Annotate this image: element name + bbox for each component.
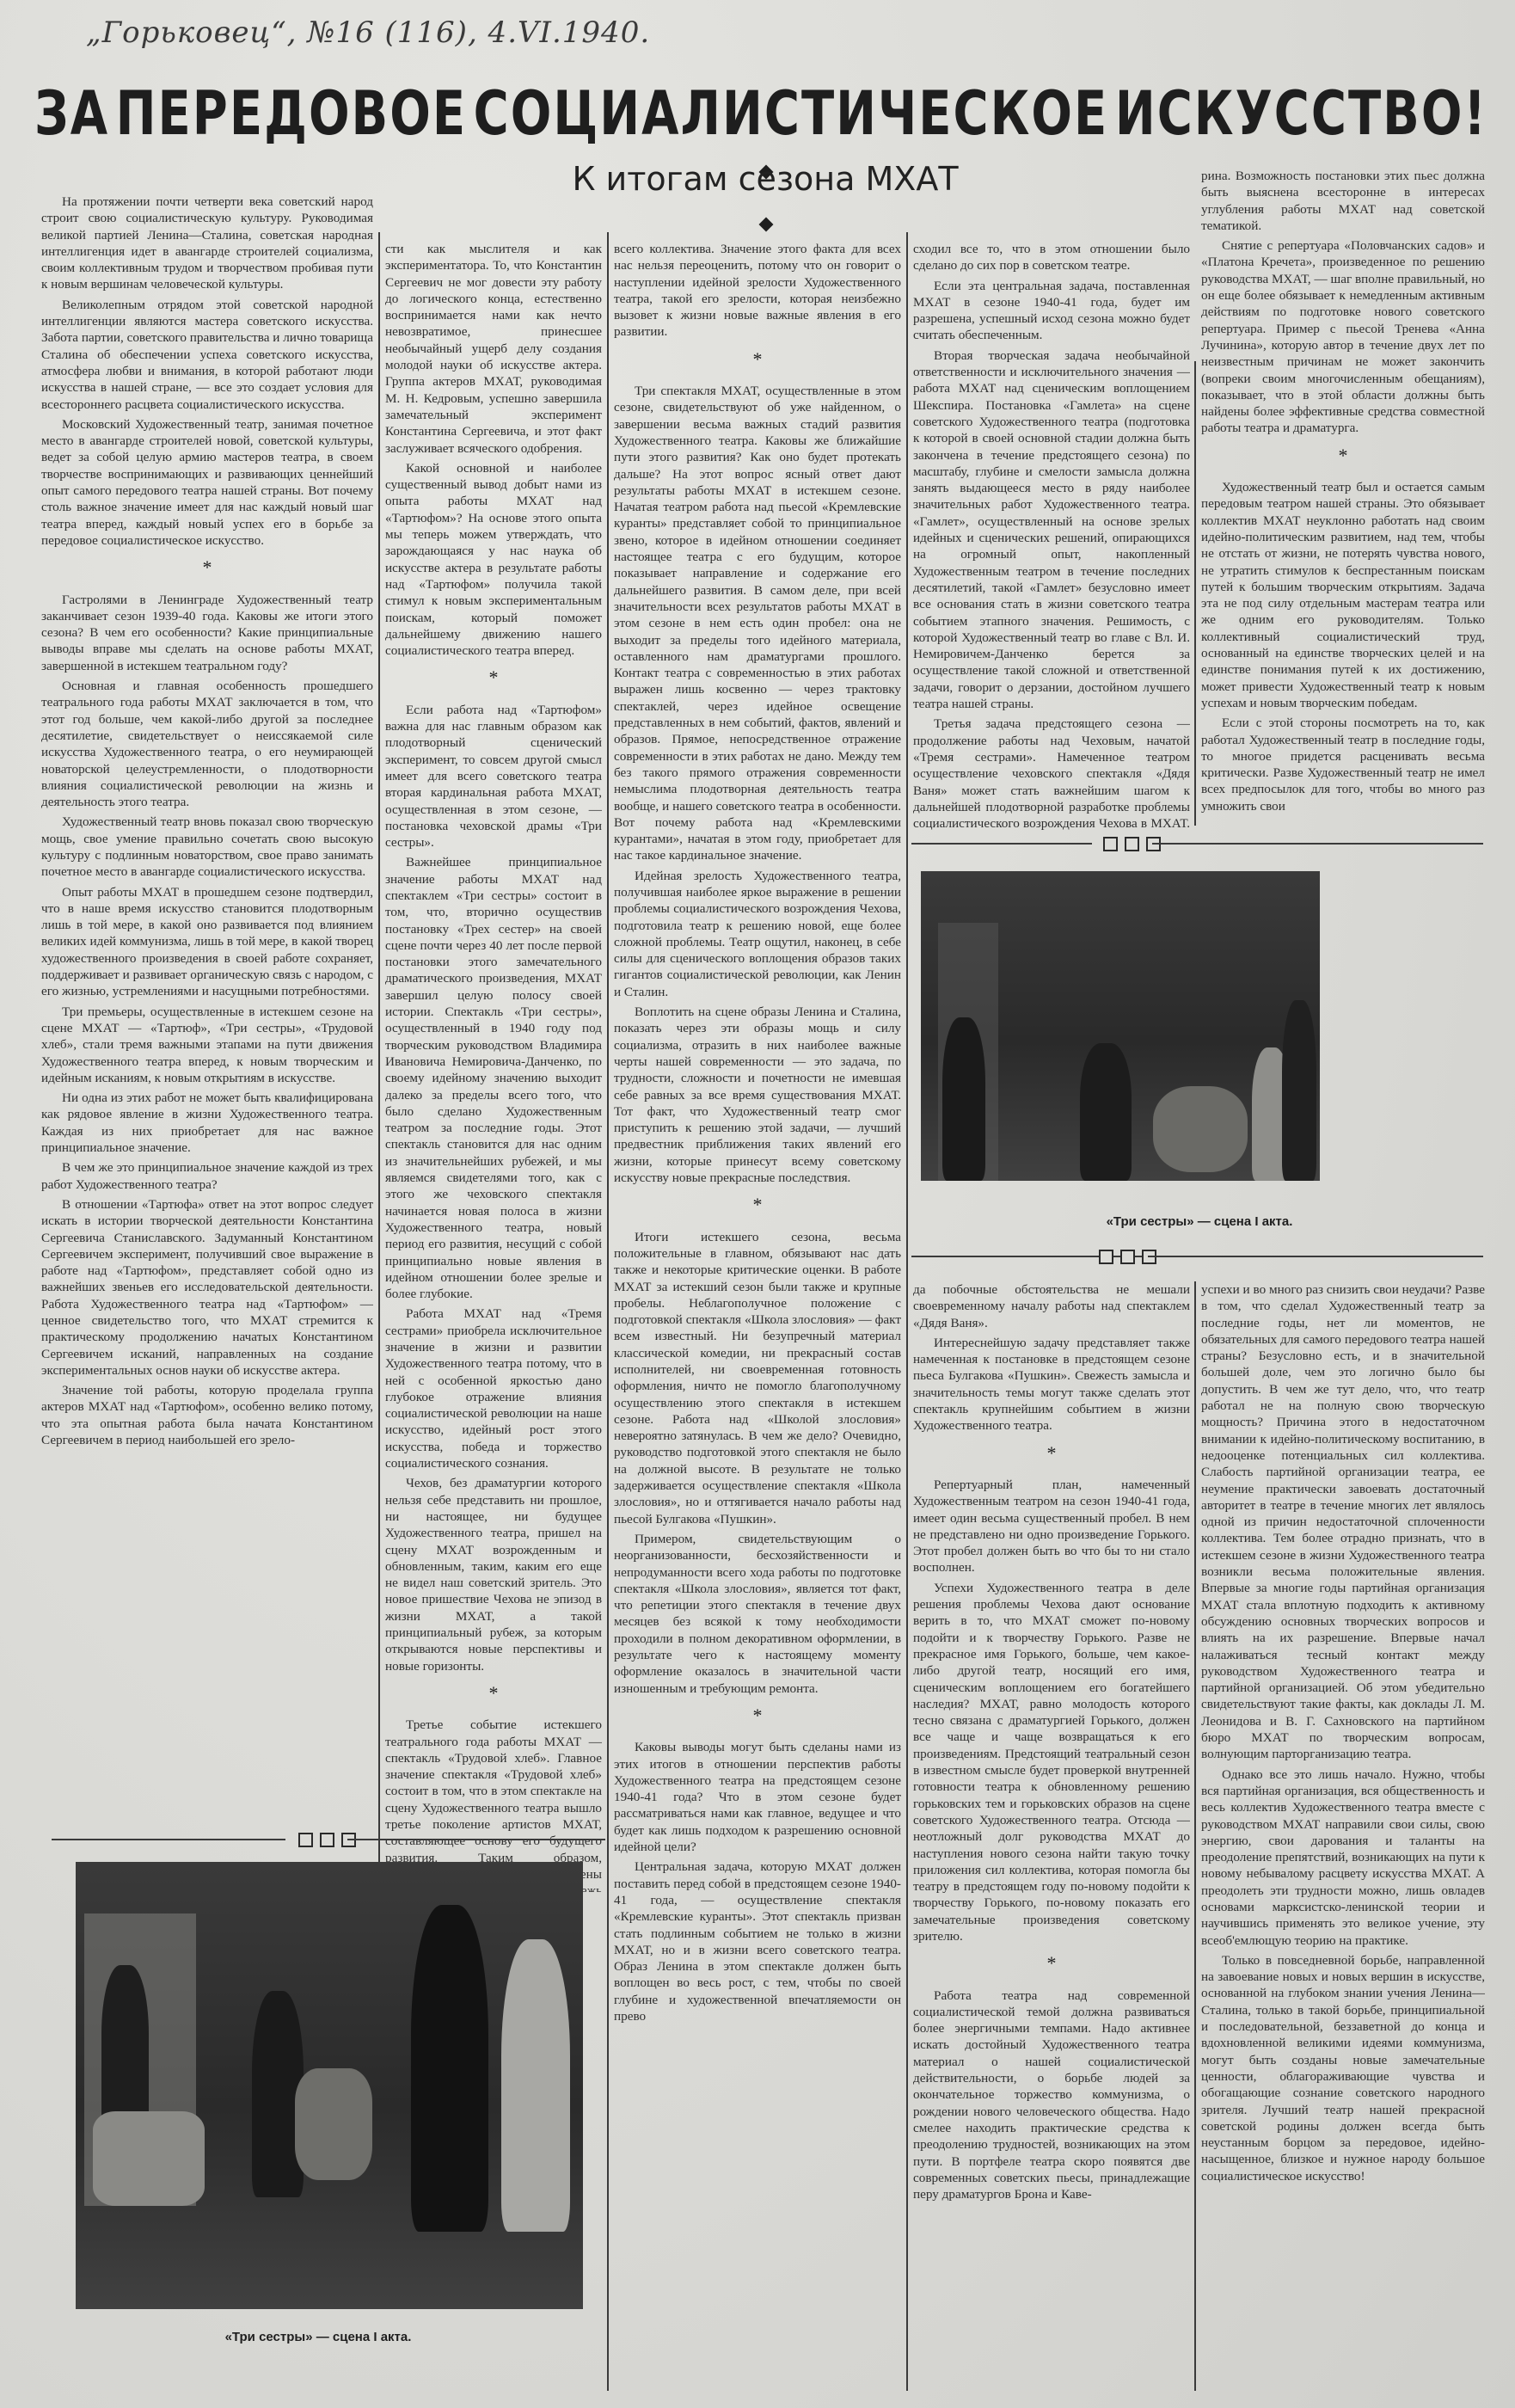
- paragraph: Однако все это лишь начало. Нужно, чтобы…: [1201, 1766, 1485, 1949]
- article-column-4-bottom: да побочные обстоятельства не мешали сво…: [913, 1281, 1190, 2395]
- photo-caption: «Три сестры» — сцена I акта.: [911, 1214, 1487, 1229]
- paragraph: Три премьеры, осуществленные в истекшем …: [41, 1004, 373, 1086]
- asterisk-separator-icon: *: [385, 1685, 602, 1701]
- stage-photo-bottom: [76, 1862, 583, 2309]
- paragraph: Работа театра над современной социалисти…: [913, 1987, 1190, 2203]
- section-divider: [347, 1839, 605, 1840]
- paragraph: Воплотить на сцене образы Ленина и Стали…: [614, 1004, 901, 1186]
- paragraph: Интереснейшую задачу представляет также …: [913, 1335, 1190, 1434]
- paragraph: Если работа над «Тартюфом» важна для нас…: [385, 702, 602, 851]
- headline-word: СОЦИАЛИСТИЧЕСКОЕ: [474, 79, 1109, 149]
- paragraph: Если эта центральная задача, поставленна…: [913, 278, 1190, 344]
- paragraph: Значение той работы, которую проделала г…: [41, 1382, 373, 1448]
- paragraph: Репертуарный план, намеченный Художестве…: [913, 1477, 1190, 1576]
- asterisk-separator-icon: *: [614, 351, 901, 367]
- subheadline: К итогам сезона МХАТ: [550, 160, 980, 198]
- paragraph: Снятие с репертуара «Половчанских садов»…: [1201, 237, 1485, 437]
- stage-photo-top: [921, 871, 1320, 1181]
- paragraph: На протяжении почти четверти века советс…: [41, 193, 373, 293]
- paragraph: Важнейшее принципиальное значение работы…: [385, 854, 602, 1302]
- diamond-ornament-icon: [759, 218, 774, 232]
- paragraph: рина. Возможность постановки этих пьес д…: [1201, 168, 1485, 234]
- paragraph: Вторая творческая задача необычайной отв…: [913, 347, 1190, 713]
- section-divider: [911, 843, 1092, 845]
- paragraph: Третья задача предстоящего сезона — прод…: [913, 716, 1190, 834]
- figure-woman-white-dress: [501, 1939, 570, 2232]
- figure-officer: [1080, 1043, 1132, 1181]
- newspaper-page: „Горьковец“, №16 (116), 4.VI.1940. ЗА ПЕ…: [0, 0, 1515, 2408]
- paragraph: да побочные обстоятельства не мешали сво…: [913, 1281, 1190, 1331]
- handwritten-archive-note: „Горьковец“, №16 (116), 4.VI.1940.: [86, 15, 650, 50]
- asterisk-separator-icon: *: [385, 669, 602, 685]
- section-divider: [1152, 843, 1483, 845]
- article-column-5-bottom: успехи и во много раз снизить свои неуда…: [1201, 1281, 1485, 2395]
- article-column-3: всего коллектива. Значение этого факта д…: [614, 241, 901, 2391]
- paragraph: Успехи Художественного театра в деле реш…: [913, 1580, 1190, 1945]
- paragraph: Чехов, без драматургии которого нельзя с…: [385, 1475, 602, 1674]
- paragraph: Работа МХАТ над «Тремя сестрами» приобре…: [385, 1305, 602, 1471]
- article-column-4-top: сходил все то, что в этом отношении было…: [913, 241, 1190, 834]
- asterisk-separator-icon: *: [614, 1196, 901, 1213]
- section-divider: [52, 1839, 285, 1840]
- column-rule: [1194, 361, 1196, 826]
- asterisk-separator-icon: *: [913, 1955, 1190, 1971]
- paragraph: В отношении «Тартюфа» ответ на этот вопр…: [41, 1196, 373, 1379]
- paragraph: Гастролями в Ленинграде Художественный т…: [41, 592, 373, 674]
- paragraph: всего коллектива. Значение этого факта д…: [614, 241, 901, 341]
- paragraph: Примером, свидетельствующим о неорганизо…: [614, 1531, 901, 1697]
- paragraph: Идейная зрелость Художественного театра,…: [614, 868, 901, 1000]
- headline-word: ИСКУССТВО!: [1115, 79, 1487, 149]
- sofa: [93, 2111, 205, 2206]
- paragraph: Итоги истекшего сезона, весьма положител…: [614, 1229, 901, 1527]
- paragraph: успехи и во много раз снизить свои неуда…: [1201, 1281, 1485, 1763]
- photo-caption: «Три сестры» — сцена I акта.: [26, 2330, 610, 2344]
- paragraph: Какой основной и наиболее существенный в…: [385, 460, 602, 660]
- paragraph: Центральная задача, которую МХАТ должен …: [614, 1858, 901, 2024]
- paragraph: Каковы выводы могут быть сделаны нами из…: [614, 1739, 901, 1855]
- figure-woman-dark-dress: [411, 1905, 488, 2232]
- article-column-5-top: рина. Возможность постановки этих пьес д…: [1201, 168, 1485, 834]
- paragraph: Ни одна из этих работ не может быть квал…: [41, 1090, 373, 1156]
- main-headline: ЗА ПЕРЕДОВОЕ СОЦИАЛИСТИЧЕСКОЕ ИСКУССТВО!: [34, 79, 1487, 149]
- asterisk-separator-icon: *: [913, 1445, 1190, 1461]
- column-rule: [1194, 1281, 1196, 2391]
- article-column-1: На протяжении почти четверти века советс…: [41, 193, 373, 1901]
- paragraph: Художественный театр был и остается самы…: [1201, 479, 1485, 711]
- article-column-2: сти как мыслителя и как экспериментатора…: [385, 241, 602, 1892]
- paragraph: сти как мыслителя и как экспериментатора…: [385, 241, 602, 457]
- armchair: [295, 2068, 372, 2180]
- paragraph: сходил все то, что в этом отношении было…: [913, 241, 1190, 274]
- paragraph: Художественный театр вновь показал свою …: [41, 814, 373, 880]
- table: [1153, 1086, 1248, 1172]
- column-rule: [906, 232, 908, 2391]
- figure-standing-man: [1282, 1000, 1316, 1181]
- headline-word: ЗА: [34, 79, 109, 149]
- section-divider: [1148, 1256, 1483, 1257]
- column-rule: [378, 232, 380, 1892]
- paragraph: Опыт работы МХАТ в прошедшем сезоне подт…: [41, 884, 373, 1000]
- paragraph: Если с этой стороны посмотреть на то, ка…: [1201, 715, 1485, 814]
- paragraph: В чем же это принципиальное значение каж…: [41, 1159, 373, 1193]
- paragraph: Только в повседневной борьбе, направленн…: [1201, 1952, 1485, 2184]
- column-rule: [607, 232, 609, 2391]
- headline-word: ПЕРЕДОВОЕ: [116, 79, 467, 149]
- paragraph: Основная и главная особенность прошедшег…: [41, 678, 373, 810]
- asterisk-separator-icon: *: [1201, 447, 1485, 464]
- asterisk-separator-icon: *: [614, 1707, 901, 1723]
- paragraph: Три спектакля МХАТ, осуществленные в это…: [614, 383, 901, 864]
- paragraph: Великолепным отрядом этой советской наро…: [41, 297, 373, 413]
- paragraph: Московский Художественный театр, занимая…: [41, 416, 373, 549]
- figure-woman-hat: [942, 1017, 985, 1181]
- asterisk-separator-icon: *: [41, 559, 373, 575]
